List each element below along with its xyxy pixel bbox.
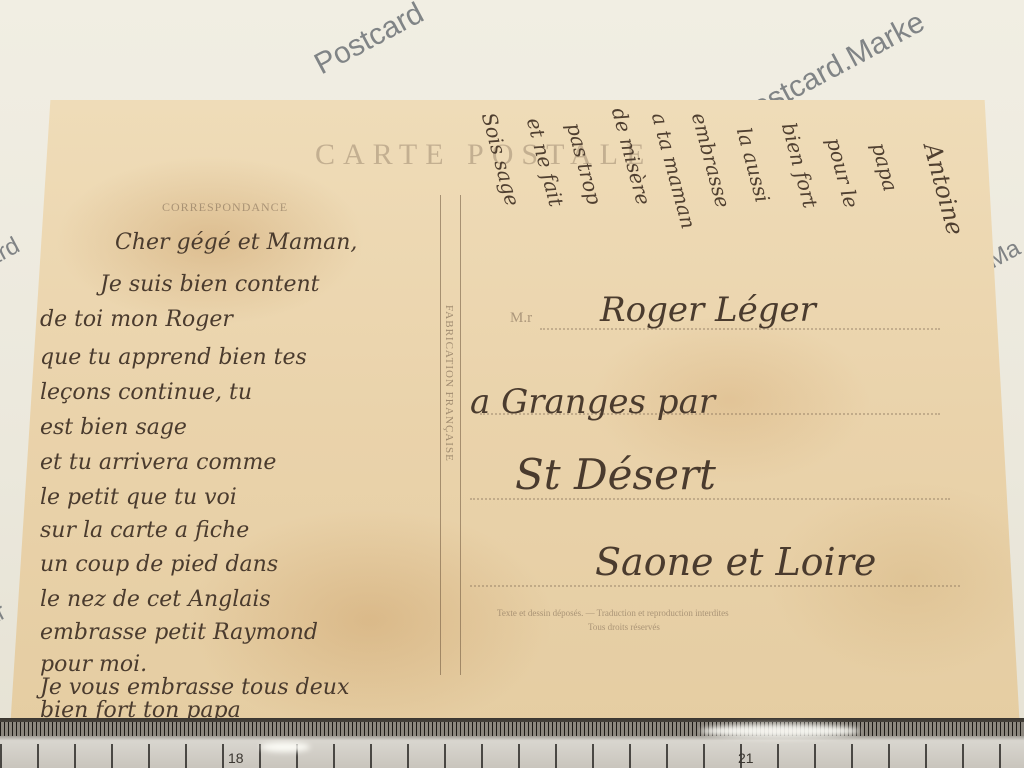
correspondance-label: CORRESPONDANCE bbox=[162, 200, 288, 215]
recipient-name: Roger Léger bbox=[600, 290, 816, 330]
message-line: un coup de pied dans bbox=[40, 552, 278, 577]
divider-line bbox=[440, 195, 441, 675]
address-town: a Granges par bbox=[470, 382, 715, 422]
address-prefix: M.r bbox=[510, 310, 532, 327]
message-line: que tu apprend bien tes bbox=[40, 345, 307, 370]
ruler-cm-ticks bbox=[0, 744, 1024, 768]
light-glare bbox=[260, 742, 310, 752]
vertical-note: bien fort bbox=[777, 120, 823, 211]
vertical-note: papa bbox=[867, 140, 903, 194]
copyright-footer: Tous droits réservés bbox=[588, 622, 660, 632]
message-line: sur la carte a fiche bbox=[40, 518, 249, 543]
ruler-label: 21 bbox=[738, 750, 754, 766]
message-line: le petit que tu voi bbox=[40, 485, 237, 510]
message-line: Je vous embrasse tous deux bbox=[40, 675, 349, 700]
ruler-label: 18 bbox=[228, 750, 244, 766]
copyright-footer: Texte et dessin déposés. — Traduction et… bbox=[497, 608, 729, 618]
message-line: Cher gégé et Maman, bbox=[115, 230, 357, 255]
divider-line bbox=[460, 195, 461, 675]
address-commune: St Désert bbox=[515, 450, 716, 499]
vertical-note: embrasse bbox=[687, 110, 735, 210]
message-line: pour moi. bbox=[40, 652, 147, 677]
watermark-text: ard bbox=[0, 232, 25, 273]
vertical-note: la aussi bbox=[732, 125, 775, 205]
message-line: Je suis bien content bbox=[100, 272, 320, 297]
measuring-ruler: 18 21 bbox=[0, 718, 1024, 768]
imprint-text: FABRICATION FRANÇAISE bbox=[443, 305, 455, 462]
message-line: le nez de cet Anglais bbox=[40, 587, 271, 612]
message-line: leçons continue, tu bbox=[40, 380, 252, 405]
signature: Antoine bbox=[918, 140, 969, 238]
vertical-note: pour le bbox=[822, 135, 864, 211]
message-line: est bien sage bbox=[40, 415, 187, 440]
ruler-fine-ticks bbox=[0, 722, 1024, 736]
postcard: CARTE POSTALE CORRESPONDANCE FABRICATION… bbox=[10, 100, 1020, 730]
address-department: Saone et Loire bbox=[595, 540, 876, 584]
watermark-text: ar bbox=[0, 598, 11, 633]
watermark-text: Postcard bbox=[309, 0, 429, 82]
message-line: embrasse petit Raymond bbox=[40, 620, 318, 645]
message-line: de toi mon Roger bbox=[40, 307, 233, 332]
address-line bbox=[470, 585, 960, 587]
message-line: et tu arrivera comme bbox=[40, 450, 276, 475]
light-glare bbox=[700, 724, 860, 738]
